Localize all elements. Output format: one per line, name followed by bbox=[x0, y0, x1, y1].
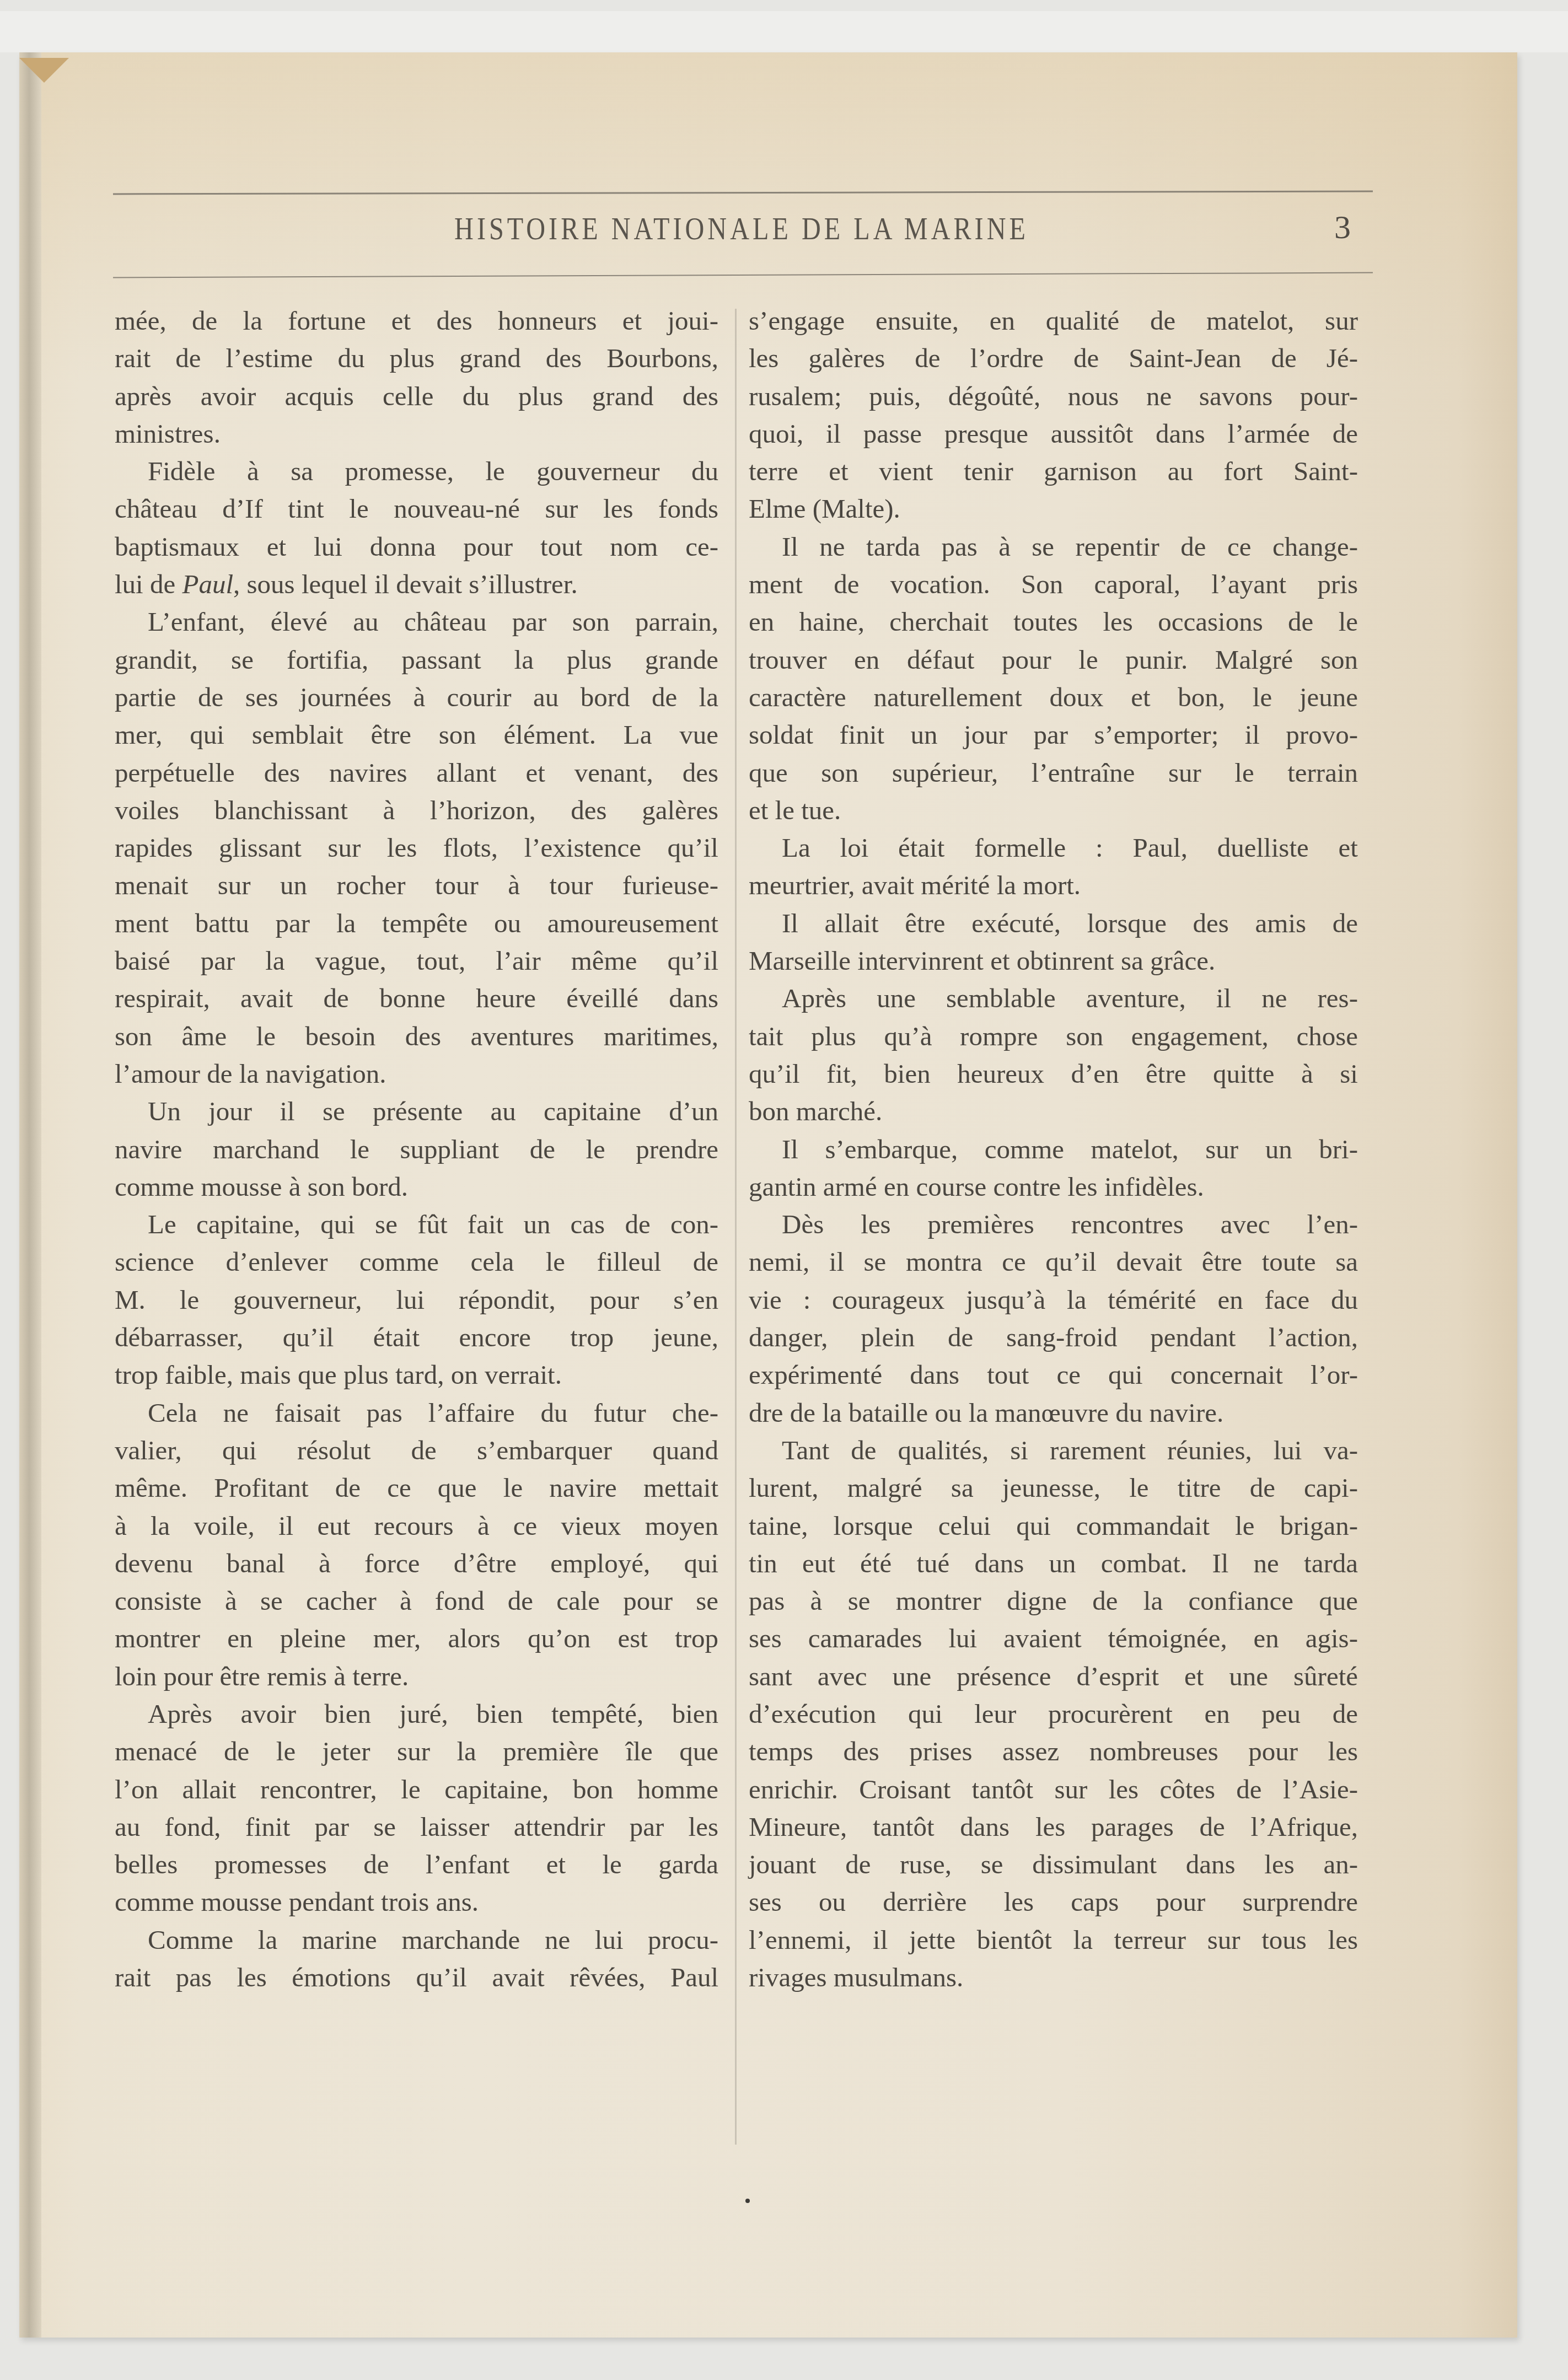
text-line: Il ne tarda pas à se repentir de ce chan… bbox=[749, 528, 1358, 566]
text-line: que son supérieur, l’entraîne sur le ter… bbox=[749, 754, 1358, 792]
text-line: vie : courageux jusqu’à la témérité en f… bbox=[749, 1281, 1358, 1319]
text-line: mer, qui semblait être son élément. La v… bbox=[115, 716, 718, 754]
page-binding-edge bbox=[19, 52, 41, 2338]
text-line: voiles blanchissant à l’horizon, des gal… bbox=[115, 792, 718, 829]
text-line: trop faible, mais que plus tard, on verr… bbox=[115, 1356, 718, 1394]
text-line: lui de Paul, sous lequel il devait s’ill… bbox=[115, 566, 718, 603]
text-line: baptismaux et lui donna pour tout nom ce… bbox=[115, 528, 718, 566]
text-line: L’enfant, élevé au château par son parra… bbox=[115, 603, 718, 641]
text-line: tait plus qu’à rompre son engagement, ch… bbox=[749, 1018, 1358, 1055]
text-line: en haine, cherchait toutes les occasions… bbox=[749, 603, 1358, 641]
text-line: château d’If tint le nouveau-né sur les … bbox=[115, 490, 718, 528]
text-line: science d’enlever comme cela le filleul … bbox=[115, 1243, 718, 1281]
text-line: d’exécution qui leur procurèrent en peu … bbox=[749, 1695, 1358, 1733]
text-line: consiste à se cacher à fond de cale pour… bbox=[115, 1582, 718, 1620]
text-line: Cela ne faisait pas l’affaire du futur c… bbox=[115, 1394, 718, 1432]
text-line: quoi, il passe presque aussitôt dans l’a… bbox=[749, 415, 1358, 453]
text-line: rapides glissant sur les flots, l’existe… bbox=[115, 829, 718, 867]
running-title: HISTOIRE NATIONALE DE LA MARINE bbox=[198, 212, 1284, 247]
text-line: soldat finit un jour par s’emporter; il … bbox=[749, 716, 1358, 754]
text-line: Après une semblable aventure, il ne res- bbox=[749, 980, 1358, 1017]
left-column: mée, de la fortune et des honneurs et jo… bbox=[115, 302, 718, 1996]
text-line: perpétuelle des navires allant et venant… bbox=[115, 754, 718, 792]
text-line: jouant de ruse, se dissimulant dans les … bbox=[749, 1846, 1358, 1883]
text-line: menacé de le jeter sur la première île q… bbox=[115, 1733, 718, 1770]
text-line: même. Profitant de ce que le navire mett… bbox=[115, 1469, 718, 1507]
text-line: rusalem; puis, dégoûté, nous ne savons p… bbox=[749, 378, 1358, 415]
text-line: belles promesses de l’enfant et le garda bbox=[115, 1846, 718, 1883]
text-line: La loi était formelle : Paul, duelliste … bbox=[749, 829, 1358, 867]
text-line: partie de ses journées à courir au bord … bbox=[115, 679, 718, 716]
text-line: l’ennemi, il jette bientôt la terreur su… bbox=[749, 1921, 1358, 1959]
text-line: meurtrier, avait mérité la mort. bbox=[749, 867, 1358, 904]
text-line: Marseille intervinrent et obtinrent sa g… bbox=[749, 942, 1358, 980]
text-line: l’on allait rencontrer, le capitaine, bo… bbox=[115, 1771, 718, 1808]
page-number: 3 bbox=[1334, 208, 1351, 246]
text-line: valier, qui résolut de s’embarquer quand bbox=[115, 1432, 718, 1469]
text-line: Un jour il se présente au capitaine d’un bbox=[115, 1093, 718, 1130]
text-line: loin pour être remis à terre. bbox=[115, 1658, 718, 1695]
text-line: comme mousse à son bord. bbox=[115, 1168, 718, 1206]
text-line: rivages musulmans. bbox=[749, 1959, 1358, 1996]
scan-background-band bbox=[0, 11, 1568, 52]
italic-name: Paul bbox=[182, 569, 233, 599]
text-line: enrichir. Croisant tantôt sur les côtes … bbox=[749, 1771, 1358, 1808]
text-line: gantin armé en course contre les infidèl… bbox=[749, 1168, 1358, 1206]
text-line: rait pas les émotions qu’il avait rêvées… bbox=[115, 1959, 718, 1996]
ink-speck bbox=[745, 2199, 750, 2203]
text-line: devenu banal à force d’être employé, qui bbox=[115, 1545, 718, 1582]
text-line: Elme (Malte). bbox=[749, 490, 1358, 528]
text-line: les galères de l’ordre de Saint-Jean de … bbox=[749, 340, 1358, 377]
text-line: débarrasser, qu’il était encore trop jeu… bbox=[115, 1319, 718, 1356]
text-line: temps des prises assez nombreuses pour l… bbox=[749, 1733, 1358, 1770]
text-line: M. le gouverneur, lui répondit, pour s’e… bbox=[115, 1281, 718, 1319]
text-line: Après avoir bien juré, bien tempêté, bie… bbox=[115, 1695, 718, 1733]
text-line: pas à se montrer digne de la confiance q… bbox=[749, 1582, 1358, 1620]
column-divider bbox=[735, 309, 737, 2145]
text-line: ment battu par la tempête ou amoureuseme… bbox=[115, 905, 718, 942]
text-line: s’engage ensuite, en qualité de matelot,… bbox=[749, 302, 1358, 340]
text-line: trouver en défaut pour le punir. Malgré … bbox=[749, 641, 1358, 679]
text-line: Mineure, tantôt dans les parages de l’Af… bbox=[749, 1808, 1358, 1846]
text-line: nemi, il se montra ce qu’il devait être … bbox=[749, 1243, 1358, 1281]
text-line: rait de l’estime du plus grand des Bourb… bbox=[115, 340, 718, 377]
text-line: Tant de qualités, si rarement réunies, l… bbox=[749, 1432, 1358, 1469]
text-line: ment de vocation. Son caporal, l’ayant p… bbox=[749, 566, 1358, 603]
text-line: ses ou derrière les caps pour surprendre bbox=[749, 1883, 1358, 1921]
text-line: respirait, avait de bonne heure éveillé … bbox=[115, 980, 718, 1017]
text-line: Le capitaine, qui se fût fait un cas de … bbox=[115, 1206, 718, 1243]
text-line: taine, lorsque celui qui commandait le b… bbox=[749, 1507, 1358, 1545]
text-line: Il allait être exécuté, lorsque des amis… bbox=[749, 905, 1358, 942]
text-line: à la voile, il eut recours à ce vieux mo… bbox=[115, 1507, 718, 1545]
text-line: caractère naturellement doux et bon, le … bbox=[749, 679, 1358, 716]
text-line: après avoir acquis celle du plus grand d… bbox=[115, 378, 718, 415]
corner-tab-mark bbox=[19, 58, 69, 83]
text-line: dre de la bataille ou la manœuvre du nav… bbox=[749, 1394, 1358, 1432]
text-line: comme mousse pendant trois ans. bbox=[115, 1883, 718, 1921]
text-line: Comme la marine marchande ne lui procu- bbox=[115, 1921, 718, 1959]
text-line: qu’il fit, bien heureux d’en être quitte… bbox=[749, 1055, 1358, 1093]
text-line: mée, de la fortune et des honneurs et jo… bbox=[115, 302, 718, 340]
text-line: terre et vient tenir garnison au fort Sa… bbox=[749, 453, 1358, 490]
right-column: s’engage ensuite, en qualité de matelot,… bbox=[749, 302, 1358, 1996]
running-head: HISTOIRE NATIONALE DE LA MARINE 3 bbox=[110, 208, 1373, 252]
text-line: navire marchand le suppliant de le prend… bbox=[115, 1131, 718, 1168]
text-line: menait sur un rocher tour à tour furieus… bbox=[115, 867, 718, 904]
text-line: montrer en pleine mer, alors qu’on est t… bbox=[115, 1620, 718, 1657]
text-line: sant avec une présence d’esprit et une s… bbox=[749, 1658, 1358, 1695]
text-line: son âme le besoin des aventures maritime… bbox=[115, 1018, 718, 1055]
text-line: Dès les premières rencontres avec l’en- bbox=[749, 1206, 1358, 1243]
text-line: ministres. bbox=[115, 415, 718, 453]
text-line: et le tue. bbox=[749, 792, 1358, 829]
text-line: ses camarades lui avaient témoignée, en … bbox=[749, 1620, 1358, 1657]
text-line: tin eut été tué dans un combat. Il ne ta… bbox=[749, 1545, 1358, 1582]
text-line: bon marché. bbox=[749, 1093, 1358, 1130]
text-line: Il s’embarque, comme matelot, sur un bri… bbox=[749, 1131, 1358, 1168]
text-line: danger, plein de sang-froid pendant l’ac… bbox=[749, 1319, 1358, 1356]
text-line: au fond, finit par se laisser attendrir … bbox=[115, 1808, 718, 1846]
text-line: expérimenté dans tout ce qui concernait … bbox=[749, 1356, 1358, 1394]
text-line: lurent, malgré sa jeunesse, le titre de … bbox=[749, 1469, 1358, 1507]
text-line: l’amour de la navigation. bbox=[115, 1055, 718, 1093]
text-line: Fidèle à sa promesse, le gouverneur du bbox=[115, 453, 718, 490]
text-line: baisé par la vague, tout, l’air même qu’… bbox=[115, 942, 718, 980]
text-line: grandit, se fortifia, passant la plus gr… bbox=[115, 641, 718, 679]
